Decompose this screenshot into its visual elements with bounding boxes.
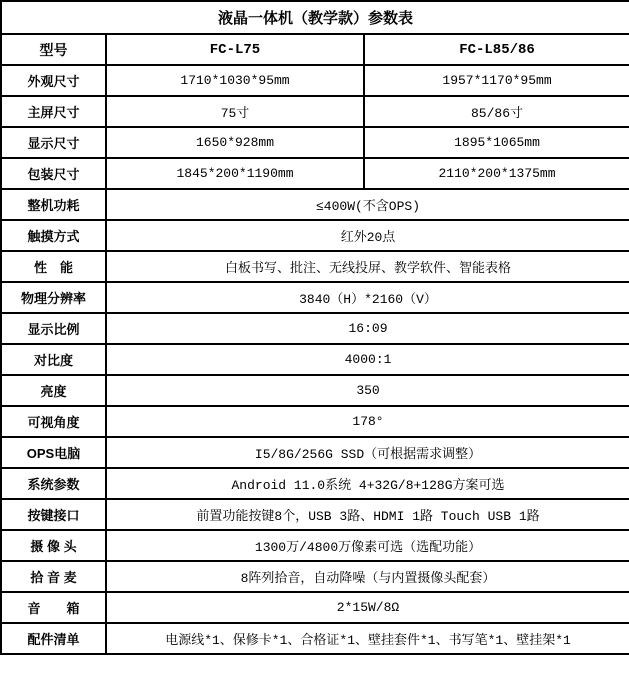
spec-label: 系统参数: [1, 468, 106, 499]
spec-label: 对比度: [1, 344, 106, 375]
spec-value: 红外20点: [106, 220, 629, 251]
spec-label: 音 箱: [1, 592, 106, 623]
spec-row-brightness: 亮度 350: [1, 375, 629, 406]
model-1-header: FC-L75: [106, 34, 364, 65]
spec-row-ops-pc: OPS电脑 I5/8G/256G SSD（可根据需求调整）: [1, 437, 629, 468]
spec-table: 液晶一体机（教学款）参数表 型号 FC-L75 FC-L85/86 外观尺寸 1…: [0, 0, 629, 655]
spec-value: 3840（H）*2160（V）: [106, 282, 629, 313]
spec-label: 主屏尺寸: [1, 96, 106, 127]
spec-label: 摄 像 头: [1, 530, 106, 561]
spec-value: I5/8G/256G SSD（可根据需求调整）: [106, 437, 629, 468]
spec-value-model-1: 1845*200*1190mm: [106, 158, 364, 189]
spec-row-aspect-ratio: 显示比例 16:09: [1, 313, 629, 344]
spec-row-contrast: 对比度 4000:1: [1, 344, 629, 375]
model-header-label: 型号: [1, 34, 106, 65]
spec-label: 性 能: [1, 251, 106, 282]
spec-value: 1300万/4800万像素可选（选配功能）: [106, 530, 629, 561]
spec-value-model-2: 85/86寸: [364, 96, 629, 127]
spec-value-model-2: 1895*1065mm: [364, 127, 629, 158]
spec-value: 2*15W/8Ω: [106, 592, 629, 623]
spec-row-screen-size: 主屏尺寸 75寸 85/86寸: [1, 96, 629, 127]
spec-value-model-1: 75寸: [106, 96, 364, 127]
model-header-row: 型号 FC-L75 FC-L85/86: [1, 34, 629, 65]
spec-value-model-2: 2110*200*1375mm: [364, 158, 629, 189]
table-title-row: 液晶一体机（教学款）参数表: [1, 1, 629, 34]
spec-row-resolution: 物理分辨率 3840（H）*2160（V）: [1, 282, 629, 313]
spec-row-viewing-angle: 可视角度 178°: [1, 406, 629, 437]
spec-value: Android 11.0系统 4+32G/8+128G方案可选: [106, 468, 629, 499]
spec-label: 配件清单: [1, 623, 106, 654]
spec-value-model-1: 1650*928mm: [106, 127, 364, 158]
spec-value: 350: [106, 375, 629, 406]
spec-label: 物理分辨率: [1, 282, 106, 313]
spec-value: 电源线*1、保修卡*1、合格证*1、壁挂套件*1、书写笔*1、壁挂架*1: [106, 623, 629, 654]
spec-row-exterior-size: 外观尺寸 1710*1030*95mm 1957*1170*95mm: [1, 65, 629, 96]
spec-value: 前置功能按键8个，USB 3路、HDMI 1路 Touch USB 1路: [106, 499, 629, 530]
spec-label: 拾 音 麦: [1, 561, 106, 592]
spec-label: 显示尺寸: [1, 127, 106, 158]
spec-value: 4000:1: [106, 344, 629, 375]
spec-label: 整机功耗: [1, 189, 106, 220]
spec-value-model-1: 1710*1030*95mm: [106, 65, 364, 96]
spec-label: 按键接口: [1, 499, 106, 530]
spec-label: OPS电脑: [1, 437, 106, 468]
spec-row-power: 整机功耗 ≤400W(不含OPS): [1, 189, 629, 220]
table-title: 液晶一体机（教学款）参数表: [1, 1, 629, 34]
spec-label: 触摸方式: [1, 220, 106, 251]
spec-row-camera: 摄 像 头 1300万/4800万像素可选（选配功能）: [1, 530, 629, 561]
spec-value: 178°: [106, 406, 629, 437]
spec-label: 亮度: [1, 375, 106, 406]
spec-label: 显示比例: [1, 313, 106, 344]
spec-row-speaker: 音 箱 2*15W/8Ω: [1, 592, 629, 623]
spec-label: 包装尺寸: [1, 158, 106, 189]
spec-value: ≤400W(不含OPS): [106, 189, 629, 220]
spec-row-touch: 触摸方式 红外20点: [1, 220, 629, 251]
spec-value: 8阵列拾音，自动降噪（与内置摄像头配套）: [106, 561, 629, 592]
spec-value: 白板书写、批注、无线投屏、教学软件、智能表格: [106, 251, 629, 282]
spec-label: 可视角度: [1, 406, 106, 437]
spec-row-display-size: 显示尺寸 1650*928mm 1895*1065mm: [1, 127, 629, 158]
spec-row-performance: 性 能 白板书写、批注、无线投屏、教学软件、智能表格: [1, 251, 629, 282]
spec-row-package-size: 包装尺寸 1845*200*1190mm 2110*200*1375mm: [1, 158, 629, 189]
spec-row-microphone: 拾 音 麦 8阵列拾音，自动降噪（与内置摄像头配套）: [1, 561, 629, 592]
spec-value-model-2: 1957*1170*95mm: [364, 65, 629, 96]
model-2-header: FC-L85/86: [364, 34, 629, 65]
spec-value: 16:09: [106, 313, 629, 344]
spec-row-ports: 按键接口 前置功能按键8个，USB 3路、HDMI 1路 Touch USB 1…: [1, 499, 629, 530]
spec-row-system: 系统参数 Android 11.0系统 4+32G/8+128G方案可选: [1, 468, 629, 499]
spec-label: 外观尺寸: [1, 65, 106, 96]
spec-row-accessories: 配件清单 电源线*1、保修卡*1、合格证*1、壁挂套件*1、书写笔*1、壁挂架*…: [1, 623, 629, 654]
